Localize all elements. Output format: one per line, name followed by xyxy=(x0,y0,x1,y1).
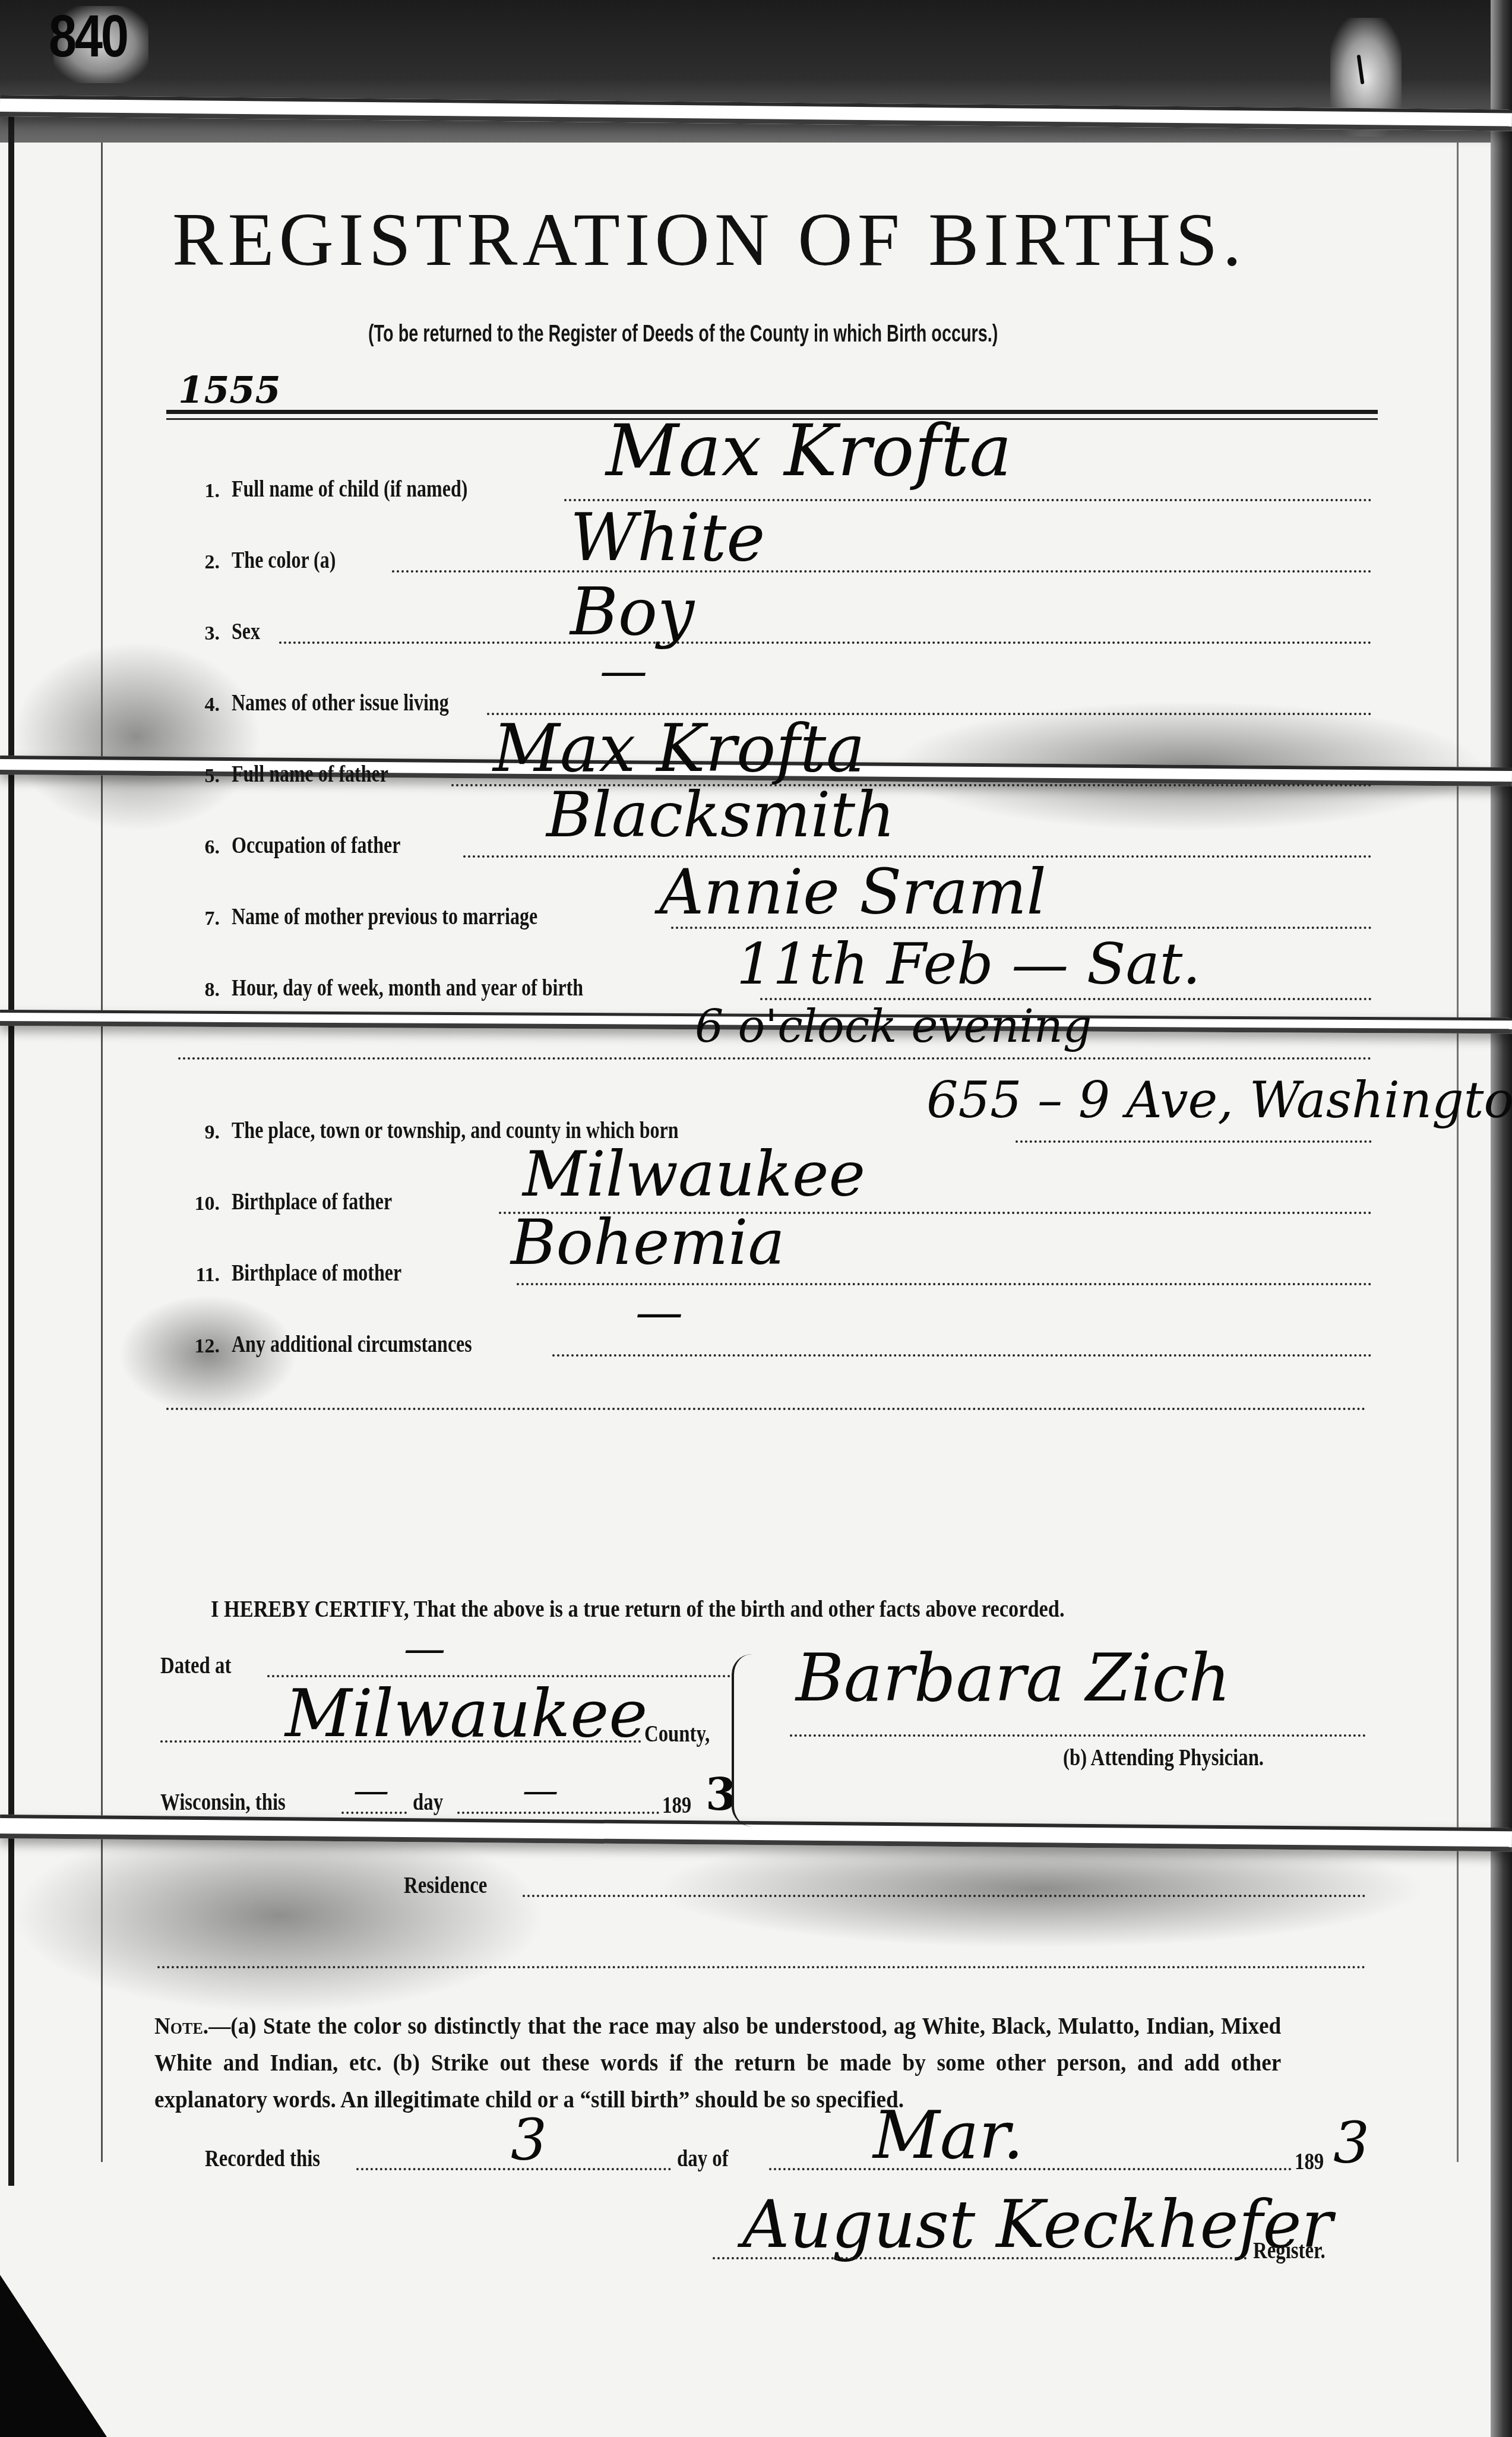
wisconsin-label: Wisconsin, this xyxy=(160,1788,286,1816)
field-line xyxy=(279,641,1372,644)
recorded-day-value: 3 xyxy=(511,2112,547,2169)
recorded-month-value: Mar. xyxy=(873,2103,1024,2168)
birth-time-value: 6 o'clock evening xyxy=(695,1004,1092,1049)
document-title: REGISTRATION OF BIRTHS. xyxy=(172,196,1396,283)
residence-label: Residence xyxy=(404,1871,487,1899)
additional-circumstances-value: — xyxy=(635,1289,683,1336)
field-label: Names of other issue living xyxy=(232,688,449,716)
recorded-this-label: Recorded this xyxy=(205,2144,320,2172)
other-issue-value: — xyxy=(600,647,647,695)
register-line xyxy=(713,2257,1247,2259)
year-prefix: 189 xyxy=(662,1791,691,1819)
blank-line xyxy=(166,1408,1366,1410)
bracket xyxy=(732,1654,752,1826)
form-field-row: 3.Sex xyxy=(178,600,1372,647)
field-label: Full name of father xyxy=(232,760,388,788)
signature-line xyxy=(790,1734,1366,1737)
register-label: Register. xyxy=(1253,2236,1326,2264)
day-of-label: day of xyxy=(677,2144,729,2172)
child-name-value: Max Krofta xyxy=(606,416,1012,487)
field-number: 8. xyxy=(178,979,220,1001)
physician-label: (b) Attending Physician. xyxy=(1063,1743,1264,1771)
color-value: White xyxy=(570,505,765,570)
month-value: — xyxy=(523,1773,558,1809)
month-line xyxy=(457,1812,659,1814)
birth-date-value: 11th Feb — Sat. xyxy=(736,935,1201,992)
field-number: 3. xyxy=(178,622,220,645)
field-number: 4. xyxy=(178,694,220,716)
field-label: Birthplace of father xyxy=(232,1187,392,1215)
record-number: 1555 xyxy=(178,368,281,412)
field-number: 1. xyxy=(178,480,220,502)
scan-corner xyxy=(0,2275,107,2437)
sex-value: Boy xyxy=(570,579,694,644)
father-name-value: Max Krofta xyxy=(493,716,865,781)
dated-at-label: Dated at xyxy=(160,1651,231,1679)
field-number: 10. xyxy=(178,1193,220,1215)
note-lead: Note. xyxy=(154,2012,208,2039)
field-label: Any additional circumstances xyxy=(232,1330,472,1358)
document-subtitle: (To be returned to the Register of Deeds… xyxy=(368,321,998,347)
field-number: 5. xyxy=(178,765,220,788)
field-label: Birthplace of mother xyxy=(232,1259,401,1287)
page-edge xyxy=(8,107,14,2186)
field-label: Name of mother previous to marriage xyxy=(232,902,537,930)
county-value: Milwaukee xyxy=(285,1681,647,1746)
page-number: 840 xyxy=(49,2,127,71)
field-label: Hour, day of week, month and year of bir… xyxy=(232,973,583,1001)
field-number: 6. xyxy=(178,836,220,859)
footnote: Note.—(a) State the color so distinctly … xyxy=(154,2008,1281,2118)
physician-signature: Barbara Zich xyxy=(796,1645,1231,1711)
field-number: 9. xyxy=(178,1121,220,1144)
residence-line xyxy=(523,1895,1366,1897)
field-label: Full name of child (if named) xyxy=(232,475,467,502)
page-edge xyxy=(1491,0,1512,2437)
register-signature: August Keckhefer xyxy=(742,2192,1333,2257)
day-line xyxy=(341,1812,407,1814)
father-birthplace-value: Milwaukee xyxy=(523,1143,865,1205)
field-number: 12. xyxy=(178,1335,220,1358)
field-number: 7. xyxy=(178,908,220,930)
form-field-row: 2.The color (a) xyxy=(178,529,1372,576)
county-label: County, xyxy=(644,1720,710,1747)
recorded-year-prefix: 189 xyxy=(1295,2147,1324,2175)
field-label: Sex xyxy=(232,617,260,645)
field-line xyxy=(552,1354,1372,1357)
field-label: Occupation of father xyxy=(232,831,400,859)
mother-birthplace-value: Bohemia xyxy=(511,1212,785,1273)
note-text: —(a) State the color so distinctly that … xyxy=(154,2012,1281,2113)
mother-maiden-name-value: Annie Sraml xyxy=(659,861,1046,923)
field-label: The color (a) xyxy=(232,546,336,574)
residence-line-2 xyxy=(157,1966,1366,1968)
field-line xyxy=(392,570,1372,573)
certification-statement: I HEREBY CERTIFY, That the above is a tr… xyxy=(211,1595,1065,1623)
father-occupation-value: Blacksmith xyxy=(546,784,895,846)
margin-line xyxy=(1457,143,1459,2162)
dated-at-value: — xyxy=(404,1627,445,1669)
recorded-year-value: 3 xyxy=(1333,2114,1369,2172)
day-value: — xyxy=(353,1773,389,1809)
birth-place-value: 655 – 9 Ave, Washington St xyxy=(926,1075,1512,1125)
day-label: day xyxy=(413,1788,443,1816)
stain xyxy=(12,641,261,832)
form-field-row: 12.Any additional circumstances xyxy=(178,1313,1372,1360)
field-number: 11. xyxy=(178,1264,220,1287)
recorded-month-line xyxy=(769,2168,1292,2170)
field-line xyxy=(1016,1140,1372,1143)
stain xyxy=(12,1818,546,2014)
field-number: 2. xyxy=(178,551,220,574)
field-line xyxy=(178,1057,1372,1060)
